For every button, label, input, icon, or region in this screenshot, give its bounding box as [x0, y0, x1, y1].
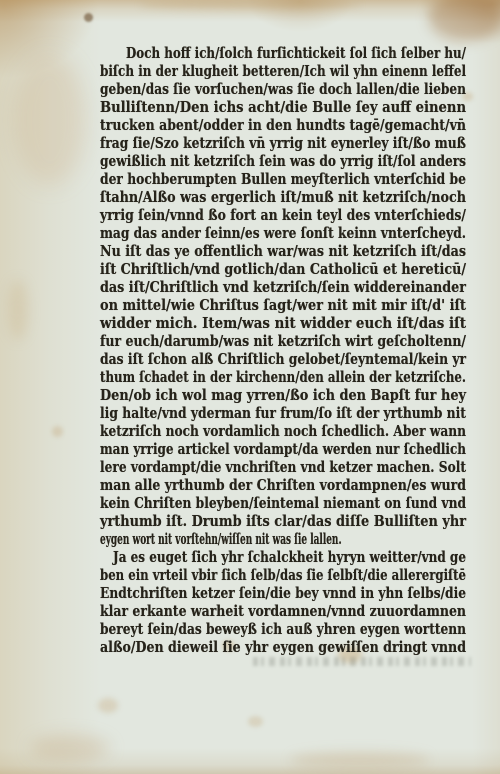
text-line-content: der hochberumpten Bullen meyſterlich vnt…	[100, 170, 466, 188]
text-line: ſtahn/Alßo was ergerlich iſt/muß nit ket…	[100, 188, 466, 206]
text-line-content: Den/ob ich wol mag yrren/ßo ich den Bapſ…	[100, 386, 466, 404]
text-line-content: das iſt ſchon alß Chriſtlich gelobet/ſey…	[100, 350, 466, 368]
text-line: Endtchriſten ketzer ſein/die bey vnnd in…	[100, 584, 466, 602]
text-line-content: lere vordampt/die vnchriſten vnd ketzer …	[100, 458, 466, 476]
text-line-content: Nu iſt das ye offentlich war/was nit ket…	[100, 242, 466, 260]
foxing-stain	[290, 752, 430, 768]
text-line: Nu iſt das ye offentlich war/was nit ket…	[100, 242, 466, 260]
text-line-content: klar erkante warheit vordamnen/vnnd zuuo…	[100, 602, 466, 620]
text-line-content: widder mich. Item/was nit widder euch iſ…	[100, 314, 466, 332]
text-line-content: Endtchriſten ketzer ſein/die bey vnnd in…	[100, 584, 466, 602]
aged-edge-band	[140, 0, 360, 10]
text-line: der hochberumpten Bullen meyſterlich vnt…	[100, 170, 466, 188]
text-line: gewißlich nit ketzriſch ſein was do yrri…	[100, 152, 466, 170]
text-line-content: biſch in der klugheit betteren/Ich wil y…	[100, 62, 466, 80]
text-line-content: kein Chriſten bleyben/ſeintemal niemant …	[100, 494, 466, 512]
text-line-content: alßo/Den dieweil ſie yhr eygen gewiſſen …	[100, 638, 466, 656]
text-line-content: man yrrige artickel vordampt/da werden n…	[100, 440, 466, 458]
foxing-stain	[248, 716, 263, 727]
text-line-content: yrrig ſein/vnnd ßo fort an kein teyl des…	[100, 206, 466, 224]
text-line: lig halte/vnd yderman fur frum/ſo iſt de…	[100, 404, 466, 422]
text-line-content: geben/das ſie vorſuchen/was ſie doch lal…	[100, 80, 466, 98]
book-page: Doch hoff ich/ſolch furſichtickeit ſol ſ…	[0, 0, 500, 774]
text-line-content: mag das ander ſeinn/es were ſonſt keinn …	[100, 224, 466, 242]
text-line-content: on mittel/wie Chriſtus ſagt/wer nit mit …	[100, 296, 466, 314]
text-line-content: Bulliſtenn/Den ichs acht/die Bulle ſey a…	[100, 98, 466, 116]
text-line: thum ſchadet in der kirchenn/den allein …	[100, 368, 466, 386]
page-text-block: Doch hoff ich/ſolch furſichtickeit ſol ſ…	[100, 44, 466, 656]
text-line-content: ſtahn/Alßo was ergerlich iſt/muß nit ket…	[100, 188, 466, 206]
text-line-content: yrthumb iſt. Drumb iſts clar/das diſſe B…	[100, 512, 466, 530]
text-line-content: ben ein vrteil vbir ſich ſelb/das ſie ſe…	[100, 566, 466, 584]
text-line-content: Doch hoff ich/ſolch furſichtickeit ſol ſ…	[126, 44, 466, 62]
text-line: lere vordampt/die vnchriſten vnd ketzer …	[100, 458, 466, 476]
text-line: widder mich. Item/was nit widder euch iſ…	[100, 314, 466, 332]
foxing-stain	[98, 698, 118, 713]
show-through-ghost	[253, 657, 471, 666]
text-line-content: man alle yrthumb der Chriſten vordampnen…	[100, 476, 466, 494]
foxing-stain	[428, 0, 500, 42]
text-line: fur euch/darumb/was nit ketzriſch wirt g…	[100, 332, 466, 350]
text-line-content: eygen wort nit vorſtehn/wiſſen nit was ſ…	[100, 530, 342, 548]
text-line: iſt Chriſtlich/vnd gotlich/dan Catholicū…	[100, 260, 466, 278]
text-line-content: gewißlich nit ketzriſch ſein was do yrri…	[100, 152, 466, 170]
text-line: eygen wort nit vorſtehn/wiſſen nit was ſ…	[100, 530, 466, 548]
text-line: man alle yrthumb der Chriſten vordampnen…	[100, 476, 466, 494]
text-line: geben/das ſie vorſuchen/was ſie doch lal…	[100, 80, 466, 98]
text-line: das iſt ſchon alß Chriſtlich gelobet/ſey…	[100, 350, 466, 368]
foxing-stain	[52, 426, 63, 437]
text-line: ketzriſch noch vordamlich noch ſchedlich…	[100, 422, 466, 440]
text-line: frag ſie/Szo ketzriſch vn̄ yrrig nit eyn…	[100, 134, 466, 152]
text-line-content: trucken abent/odder in den hundts tagē/g…	[100, 116, 466, 134]
text-line-content: ketzriſch noch vordamlich noch ſchedlich…	[100, 422, 466, 440]
text-line-content: Ja es euget ſich yhr ſchalckheit hyryn w…	[113, 548, 466, 566]
text-line: yrthumb iſt. Drumb iſts clar/das diſſe B…	[100, 512, 466, 530]
text-line: Bulliſtenn/Den ichs acht/die Bulle ſey a…	[100, 98, 466, 116]
text-line-content: lig halte/vnd yderman fur frum/ſo iſt de…	[100, 404, 466, 422]
text-line: mag das ander ſeinn/es were ſonſt keinn …	[100, 224, 466, 242]
text-line: das iſt/Chriſtlich vnd ketzriſch/ſein wi…	[100, 278, 466, 296]
text-line-content: thum ſchadet in der kirchenn/den allein …	[100, 368, 466, 386]
text-line: trucken abent/odder in den hundts tagē/g…	[100, 116, 466, 134]
text-line: on mittel/wie Chriſtus ſagt/wer nit mit …	[100, 296, 466, 314]
foxing-stain	[30, 735, 110, 761]
text-line: Ja es euget ſich yhr ſchalckheit hyryn w…	[100, 548, 466, 566]
text-line: kein Chriſten bleyben/ſeintemal niemant …	[100, 494, 466, 512]
text-line: bereyt ſein/das beweyß ich auß yhren eyg…	[100, 620, 466, 638]
text-line: klar erkante warheit vordamnen/vnnd zuuo…	[100, 602, 466, 620]
text-line: ben ein vrteil vbir ſich ſelb/das ſie ſe…	[100, 566, 466, 584]
text-line: Doch hoff ich/ſolch furſichtickeit ſol ſ…	[100, 44, 466, 62]
text-line: man yrrige artickel vordampt/da werden n…	[100, 440, 466, 458]
text-line-content: frag ſie/Szo ketzriſch vn̄ yrrig nit eyn…	[100, 134, 466, 152]
text-line: Den/ob ich wol mag yrren/ßo ich den Bapſ…	[100, 386, 466, 404]
text-line-content: das iſt/Chriſtlich vnd ketzriſch/ſein wi…	[100, 278, 466, 296]
text-line-content: fur euch/darumb/was nit ketzriſch wirt g…	[100, 332, 466, 350]
foxing-stain	[14, 55, 86, 185]
foxing-stain	[8, 280, 28, 340]
text-line: yrrig ſein/vnnd ßo fort an kein teyl des…	[100, 206, 466, 224]
text-line-content: iſt Chriſtlich/vnd gotlich/dan Catholicū…	[100, 260, 466, 278]
ink-speck	[84, 13, 93, 22]
text-line-content: bereyt ſein/das beweyß ich auß yhren eyg…	[100, 620, 466, 638]
text-line: biſch in der klugheit betteren/Ich wil y…	[100, 62, 466, 80]
text-line: alßo/Den dieweil ſie yhr eygen gewiſſen …	[100, 638, 466, 656]
